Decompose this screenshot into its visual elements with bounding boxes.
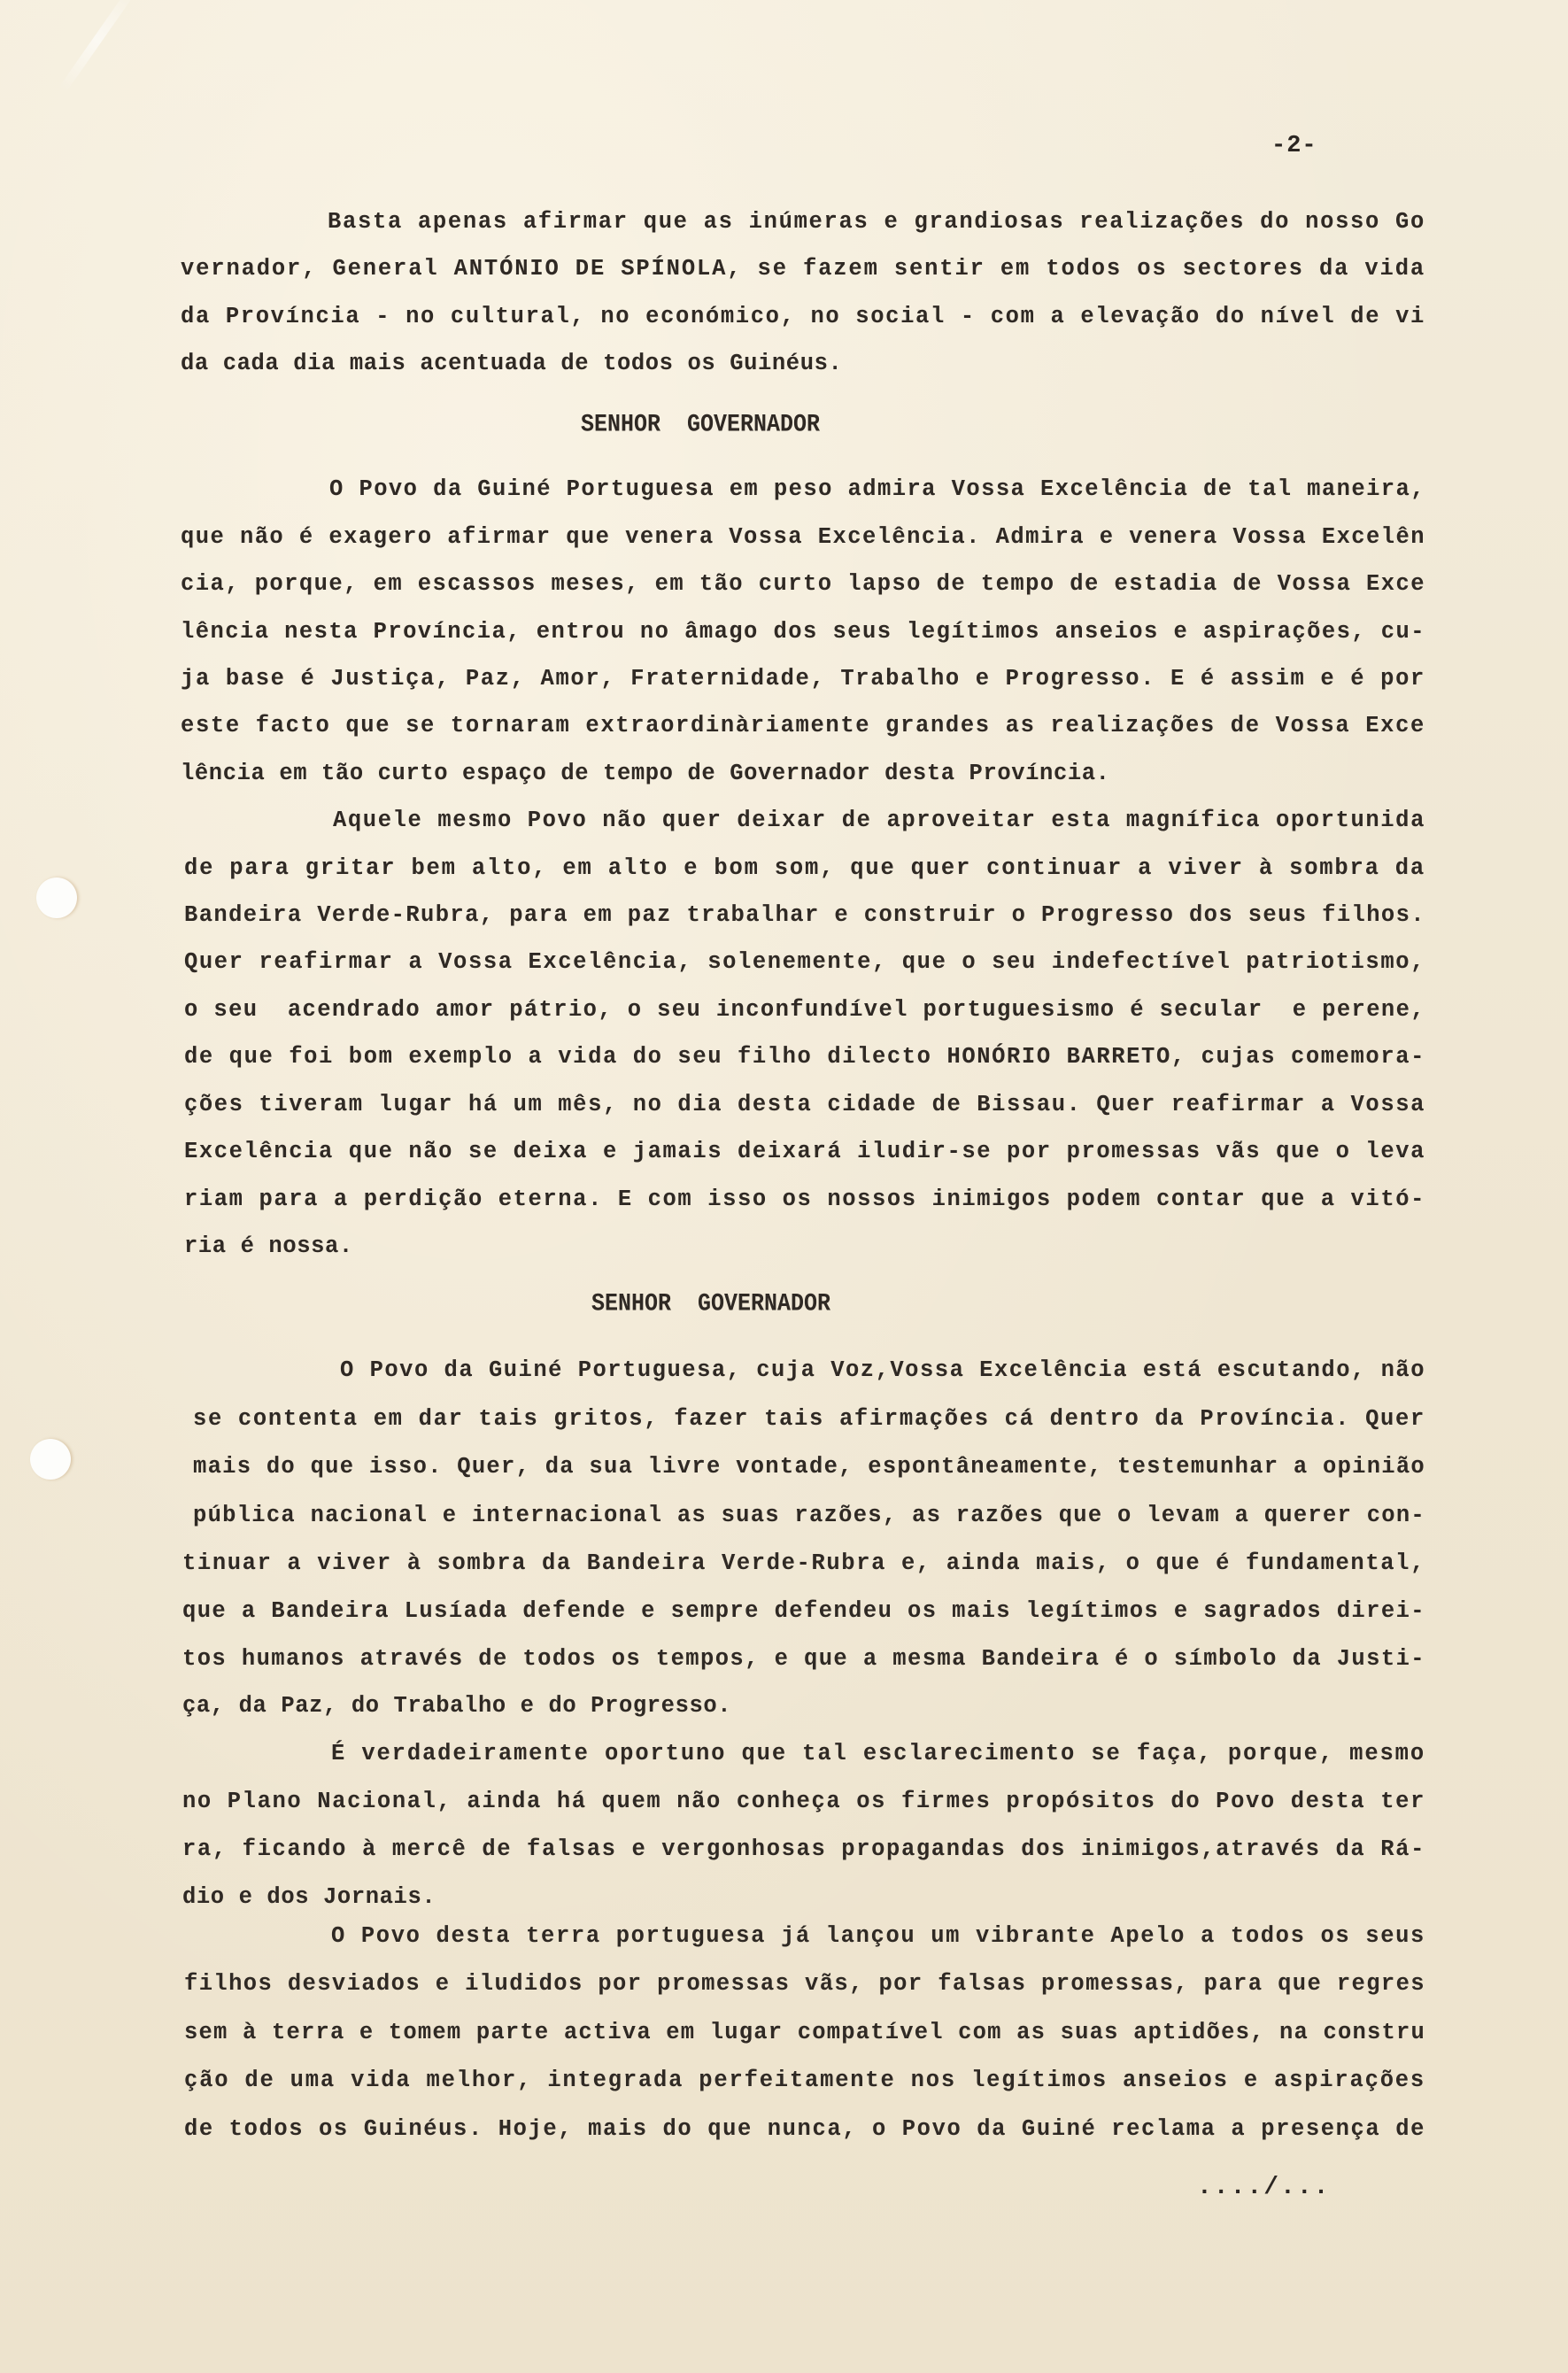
text-line: ria é nossa. [184, 1233, 353, 1259]
text-line: O Povo da Guiné Portuguesa em peso admir… [329, 476, 1425, 502]
text-line: ção de uma vida melhor, integrada perfei… [184, 2068, 1425, 2093]
text-line: É verdadeiramente oportuno que tal escla… [331, 1741, 1425, 1766]
punch-hole-upper [36, 877, 77, 918]
text-line: da cada dia mais acentuada de todos os G… [181, 351, 842, 376]
text-line: cia, porque, em escassos meses, em tão c… [181, 571, 1425, 597]
text-line: que não é exagero afirmar que venera Vos… [181, 524, 1425, 550]
text-line: o seu acendrado amor pátrio, o seu incon… [184, 997, 1425, 1023]
paper-crease [58, 0, 136, 93]
text-line: O Povo da Guiné Portuguesa, cuja Voz,Vos… [340, 1357, 1425, 1383]
section-heading: SENHOR GOVERNADOR [591, 1290, 830, 1318]
text-line: O Povo desta terra portuguesa já lançou … [331, 1923, 1425, 1949]
text-line: de para gritar bem alto, em alto e bom s… [184, 855, 1425, 881]
text-line: vernador, General ANTÓNIO DE SPÍNOLA, se… [181, 256, 1425, 282]
section-heading: SENHOR GOVERNADOR [581, 411, 820, 439]
text-line: Quer reafirmar a Vossa Excelência, solen… [184, 949, 1425, 975]
text-line: da Província - no cultural, no económico… [181, 304, 1425, 329]
text-line: Bandeira Verde-Rubra, para em paz trabal… [184, 902, 1425, 928]
text-line: tinuar a viver à sombra da Bandeira Verd… [182, 1550, 1425, 1576]
document-page: -2- Basta apenas afirmar que as inúmeras… [0, 0, 1568, 2373]
text-line: riam para a perdição eterna. E com isso … [184, 1186, 1425, 1212]
text-line: Aquele mesmo Povo não quer deixar de apr… [333, 808, 1425, 833]
text-line: tos humanos através de todos os tempos, … [182, 1646, 1425, 1672]
text-line: ra, ficando à mercê de falsas e vergonho… [182, 1836, 1425, 1862]
text-line: ções tiveram lugar há um mês, no dia des… [184, 1092, 1425, 1117]
continuation-mark: ..../... [1197, 2174, 1330, 2201]
text-line: de que foi bom exemplo a vida do seu fil… [184, 1044, 1425, 1070]
text-line: no Plano Nacional, ainda há quem não con… [182, 1789, 1425, 1814]
text-line: Basta apenas afirmar que as inúmeras e g… [328, 209, 1425, 235]
text-line: de todos os Guinéus. Hoje, mais do que n… [184, 2116, 1425, 2142]
text-line: que a Bandeira Lusíada defende e sempre … [182, 1598, 1425, 1624]
text-line: se contenta em dar tais gritos, fazer ta… [193, 1406, 1425, 1432]
text-line: ja base é Justiça, Paz, Amor, Fraternida… [181, 666, 1425, 692]
text-line: lência em tão curto espaço de tempo de G… [181, 761, 1110, 786]
text-line: sem à terra e tomem parte activa em luga… [184, 2020, 1425, 2045]
text-line: ça, da Paz, do Trabalho e do Progresso. [182, 1693, 731, 1719]
text-line: este facto que se tornaram extraordinàri… [181, 713, 1425, 738]
text-line: mais do que isso. Quer, da sua livre von… [193, 1454, 1425, 1480]
page-number: -2- [1271, 133, 1317, 159]
punch-hole-lower [30, 1439, 71, 1480]
text-line: pública nacional e internacional as suas… [193, 1503, 1425, 1528]
text-line: lência nesta Província, entrou no âmago … [181, 619, 1425, 645]
text-line: Excelência que não se deixa e jamais dei… [184, 1139, 1425, 1164]
text-line: dio e dos Jornais. [182, 1884, 436, 1910]
text-line: filhos desviados e iludidos por promessa… [184, 1971, 1425, 1997]
